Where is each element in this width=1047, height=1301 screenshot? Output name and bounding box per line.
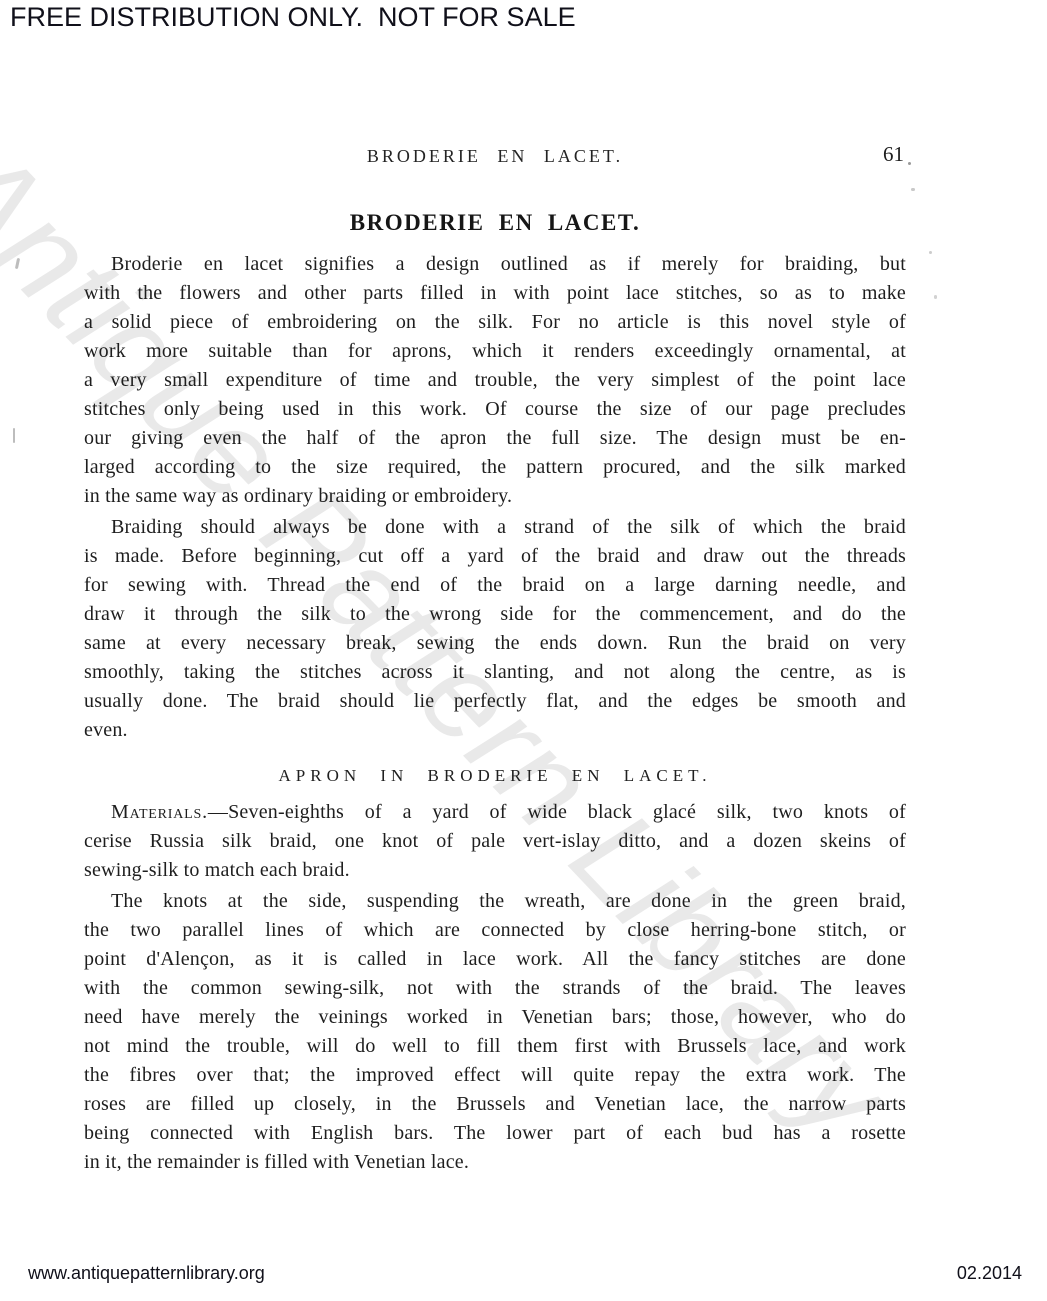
- paragraph: Materials.—Seven-eighths of a yard of wi…: [84, 798, 906, 885]
- text-line: cerise Russia silk braid, one knot of pa…: [84, 827, 906, 856]
- scan-artifact: [13, 428, 15, 443]
- scan-artifact: [934, 295, 937, 299]
- small-caps-lead: Materials.: [111, 801, 208, 823]
- distribution-banner: FREE DISTRIBUTION ONLY. NOT FOR SALE: [10, 2, 576, 33]
- text-line: with the common sewing-silk, not with th…: [84, 974, 906, 1003]
- text-line: in the same way as ordinary braiding or …: [84, 482, 906, 511]
- text-line: larged according to the size required, t…: [84, 453, 906, 482]
- text-line: usually done. The braid should lie perfe…: [84, 687, 906, 716]
- footer-website-text: www.antiquepatternlibrary.org: [28, 1263, 265, 1284]
- text-line: not mind the trouble, will do well to fi…: [84, 1032, 906, 1061]
- text-line: stitches only being used in this work. O…: [84, 395, 906, 424]
- running-header: BRODERIE EN LACET. 61: [84, 146, 906, 166]
- text-line: in it, the remainder is filled with Vene…: [84, 1148, 906, 1177]
- text-line: work more suitable than for aprons, whic…: [84, 337, 906, 366]
- text-line: the two parallel lines of which are conn…: [84, 916, 906, 945]
- paragraph: Broderie en lacet signifies a design out…: [84, 250, 906, 511]
- text-line: need have merely the veinings worked in …: [84, 1003, 906, 1032]
- page-text-column: BRODERIE EN LACET. 61 BRODERIE EN LACET.…: [84, 146, 906, 1177]
- page-number: 61: [883, 144, 904, 164]
- text-line: for sewing with. Thread the end of the b…: [84, 571, 906, 600]
- running-header-title: BRODERIE EN LACET.: [367, 146, 623, 166]
- text-line: with the flowers and other parts filled …: [84, 279, 906, 308]
- text-line: roses are filled up closely, in the Brus…: [84, 1090, 906, 1119]
- text-line: Materials.—Seven-eighths of a yard of wi…: [84, 798, 906, 827]
- paragraph: The knots at the side, suspending the wr…: [84, 887, 906, 1177]
- paragraph: Braiding should always be done with a st…: [84, 513, 906, 745]
- page-title: BRODERIE EN LACET.: [84, 210, 906, 236]
- scanned-book-page: Antique Pattern Library FREE DISTRIBUTIO…: [0, 0, 1047, 1301]
- text-line: point d'Alençon, as it is called in lace…: [84, 945, 906, 974]
- scan-artifact: [15, 258, 20, 269]
- text-line: is made. Before beginning, cut off a yar…: [84, 542, 906, 571]
- scan-artifact: [908, 162, 911, 165]
- text-line: a very small expenditure of time and tro…: [84, 366, 906, 395]
- text-line: Broderie en lacet signifies a design out…: [84, 250, 906, 279]
- scan-artifact: [929, 251, 932, 254]
- text-line: sewing-silk to match each braid.: [84, 856, 906, 885]
- document-body: Broderie en lacet signifies a design out…: [84, 250, 906, 1177]
- scan-artifact: [911, 188, 915, 191]
- text-line: the fibres over that; the improved effec…: [84, 1061, 906, 1090]
- text-line: our giving even the half of the apron th…: [84, 424, 906, 453]
- text-line: even.: [84, 716, 906, 745]
- text-line: a solid piece of embroidering on the sil…: [84, 308, 906, 337]
- text-line: same at every necessary break, sewing th…: [84, 629, 906, 658]
- text-line: draw it through the silk to the wrong si…: [84, 600, 906, 629]
- footer-date-stamp: 02.2014: [957, 1263, 1022, 1284]
- text-line: Braiding should always be done with a st…: [84, 513, 906, 542]
- text-line: The knots at the side, suspending the wr…: [84, 887, 906, 916]
- section-heading: APRON IN BRODERIE EN LACET.: [84, 763, 906, 789]
- text-line: being connected with English bars. The l…: [84, 1119, 906, 1148]
- text-line: smoothly, taking the stitches across it …: [84, 658, 906, 687]
- print-layer: FREE DISTRIBUTION ONLY. NOT FOR SALE BRO…: [0, 0, 1047, 1301]
